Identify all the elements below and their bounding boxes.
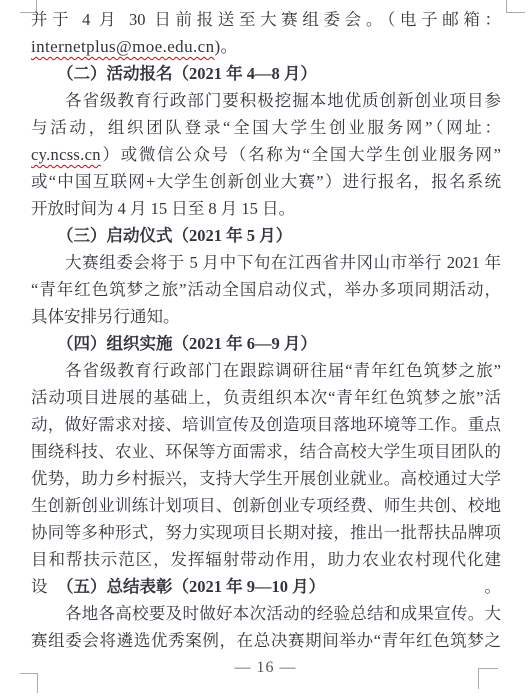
text-segment: 赛组委会将遴选优秀案例，在总决赛期间举办“青年红色筑梦之 [31, 631, 501, 650]
document-text-block[interactable]: 并于 4 月 30 日前报送至大赛组委会。（电子邮箱：internetplus@… [31, 6, 501, 654]
text-line[interactable]: cy.ncss.cn）或微信公众号（名称为“全国大学生创业服务网” [31, 141, 501, 168]
text-line[interactable]: 优势，助力乡村振兴，支持大学生开展创业就业。高校通过大学 [31, 465, 501, 492]
text-line[interactable]: internetplus@moe.edu.cn)。 [31, 33, 501, 60]
text-segment: 动，做好需求对接、培训宣传及创造项目落地环境等工作。重点 [31, 415, 501, 434]
text-line[interactable]: 各地各高校要及时做好本次活动的经验总结和成果宣传。大 [31, 600, 501, 627]
text-line[interactable]: 具体安排另行通知。 [31, 303, 501, 330]
text-segment: “青年红色筑梦之旅”活动全国启动仪式，举办多项同期活动， [31, 280, 501, 299]
text-segment: 活动项目进展的基础上，负责组织本次“青年红色筑梦之旅”活 [31, 388, 501, 407]
text-line[interactable]: 各省级教育行政部门在跟踪调研往届“青年红色筑梦之旅” [31, 357, 501, 384]
text-line[interactable]: 围绕科技、农业、环保等方面需求，结合高校大学生项目团队的 [31, 438, 501, 465]
text-line[interactable]: 并于 4 月 30 日前报送至大赛组委会。（电子邮箱： [31, 6, 501, 33]
page-number: — 16 — [0, 658, 531, 678]
text-line[interactable]: 目和帮扶示范区，发挥辐射带动作用，助力农业农村现代化建设。 [31, 546, 501, 573]
document-page[interactable]: 并于 4 月 30 日前报送至大赛组委会。（电子邮箱：internetplus@… [0, 0, 531, 697]
text-segment: 大赛组委会将于 5 月中下旬在江西省井冈山市举行 2021 年 [65, 253, 501, 272]
text-segment: （二）活动报名（2021 年 4—8 月） [57, 64, 317, 83]
text-segment: 各地各高校要及时做好本次活动的经验总结和成果宣传。大 [65, 604, 501, 623]
text-segment: 具体安排另行通知。 [31, 307, 180, 326]
text-segment: 优势，助力乡村振兴，支持大学生开展创业就业。高校通过大学 [31, 469, 501, 488]
heading-line[interactable]: （二）活动报名（2021 年 4—8 月） [31, 60, 501, 87]
text-line[interactable]: 动，做好需求对接、培训宣传及创造项目落地环境等工作。重点 [31, 411, 501, 438]
text-line[interactable]: 赛组委会将遴选优秀案例，在总决赛期间举办“青年红色筑梦之 [31, 627, 501, 654]
text-segment: 并于 4 月 30 日前报送至大赛组委会。（电子邮箱： [31, 10, 501, 29]
text-line[interactable]: 生创新创业训练计划项目、创新创业专项经费、师生共创、校地 [31, 492, 501, 519]
text-line[interactable]: 或“中国互联网+大学生创新创业大赛”）进行报名，报名系统 [31, 168, 501, 195]
spellcheck-flagged-text: internetplus@moe.edu.cn [31, 37, 214, 56]
heading-line[interactable]: （三）启动仪式（2021 年 5 月） [31, 222, 501, 249]
text-line[interactable]: 活动项目进展的基础上，负责组织本次“青年红色筑梦之旅”活 [31, 384, 501, 411]
text-segment: 生创新创业训练计划项目、创新创业专项经费、师生共创、校地 [31, 496, 501, 515]
text-line[interactable]: 各省级教育行政部门要积极挖掘本地优质创新创业项目参 [31, 87, 501, 114]
text-line[interactable]: 大赛组委会将于 5 月中下旬在江西省井冈山市举行 2021 年 [31, 249, 501, 276]
text-segment: 协同等多种形式，努力实现项目长期对接，推出一批帮扶品牌项 [31, 523, 501, 542]
text-segment: （五）总结表彰（2021 年 9—10 月） [57, 577, 325, 596]
text-line[interactable]: “青年红色筑梦之旅”活动全国启动仪式，举办多项同期活动， [31, 276, 501, 303]
text-segment: 各省级教育行政部门要积极挖掘本地优质创新创业项目参 [65, 91, 501, 110]
spellcheck-flagged-text: cy.ncss.cn [31, 145, 101, 164]
text-line[interactable]: 开放时间为 4 月 15 日至 8 月 15 日。 [31, 195, 501, 222]
text-line[interactable]: 与活动，组织团队登录“全国大学生创业服务网”（网址： [31, 114, 501, 141]
text-segment: （三）启动仪式（2021 年 5 月） [57, 226, 292, 245]
heading-line[interactable]: （四）组织实施（2021 年 6—9 月） [31, 330, 501, 357]
text-segment: 围绕科技、农业、环保等方面需求，结合高校大学生项目团队的 [31, 442, 501, 461]
crop-mark-top-right [506, 0, 525, 13]
text-segment: ）或微信公众号（名称为“全国大学生创业服务网” [101, 145, 501, 164]
text-segment: 各省级教育行政部门在跟踪调研往届“青年红色筑梦之旅” [65, 361, 501, 380]
text-segment: )。 [214, 37, 237, 56]
text-segment: （四）组织实施（2021 年 6—9 月） [57, 334, 317, 353]
text-segment: 与活动，组织团队登录“全国大学生创业服务网”（网址： [31, 118, 501, 137]
text-segment: 或“中国互联网+大学生创新创业大赛”）进行报名，报名系统 [31, 172, 501, 191]
text-line[interactable]: 协同等多种形式，努力实现项目长期对接，推出一批帮扶品牌项 [31, 519, 501, 546]
text-segment: 开放时间为 4 月 15 日至 8 月 15 日。 [31, 199, 295, 218]
